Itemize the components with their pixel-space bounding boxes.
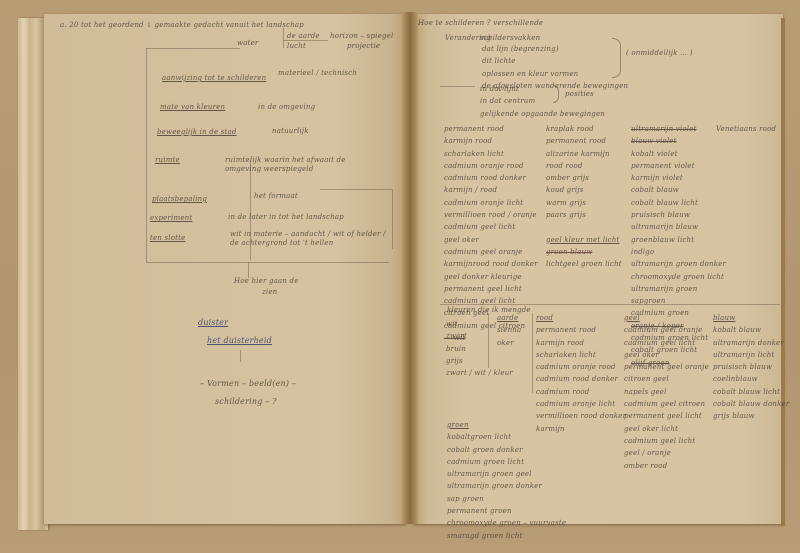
brace-note: ( onmiddellijk ... ) [626,50,693,57]
color-item: cobalt blauw licht [713,389,789,396]
color-item: cadmium geel oranje [624,327,709,334]
lower-col-4: blauw kobalt blauw ultramarijn donker ul… [713,315,789,426]
color-item: scharlaken licht [536,352,626,359]
column-heading: blauw [713,315,789,322]
column-divider [532,313,533,393]
color-item: groen blauw [546,249,622,256]
color-item: coelinblauw [713,376,789,383]
color-item: geel oker [624,352,709,359]
box-item-note: materieel / technisch [278,70,357,77]
box-left-border [146,48,147,262]
lower-col-1: aarde sienna oker [497,315,521,352]
color-item: chroomoxyde groen licht [631,274,726,281]
color-column-1: permanent rood karmijn rood scharlaken l… [444,126,538,347]
color-item: karmijn / rood [444,187,538,194]
color-item: warm grijs [546,200,622,207]
divider [283,40,328,41]
color-item: chroomoxyde groen – vuurvaste [447,520,566,527]
arrow-line [248,262,249,278]
color-item: geel / oranje [624,450,709,457]
color-item: cadmium oranje licht [536,401,626,408]
left-header-sub-horizon: horizon – spiegel [330,33,393,40]
color-item: permanent geel licht [624,413,709,420]
left-header-line: a. 20 tot het geordend ↓ gemaakte gedach… [60,22,304,29]
inner-box-top [320,189,392,190]
color-item: cadmium geel licht [444,224,538,231]
color-item: napels geel [624,389,709,396]
color-item: ultramarijn groen [631,286,726,293]
color-item: karmijn rood [444,138,538,145]
box-item-label: experiment [150,215,192,222]
color-item: scharlaken licht [444,151,538,158]
color-item: kobalt blauw [713,327,789,334]
box-bottom-border [146,262,389,263]
color-item: geel kleur met licht [546,237,622,244]
color-item: citroen geel [624,376,709,383]
color-item: omber rood [624,463,709,470]
box-item-label: beweeglijk in de stad [157,129,237,136]
color-item: permanent groen [447,508,566,515]
left-page [44,14,406,524]
color-item: permanent geel licht [444,286,538,293]
intro-line: dit lichte [482,58,628,65]
color-item: permanent rood [546,138,622,145]
column-heading: geel [624,315,709,322]
color-column-4-item: Venetiaans rood [716,126,776,133]
column-heading: aarde [497,315,521,322]
color-item: cadmium oranje rood [536,364,626,371]
color-item: kraplak rood [546,126,622,133]
color-item: omber grijs [546,175,622,182]
color-item: kobalt violet [631,151,726,158]
box-item-note: wit in materie – aandacht / wit of helde… [230,230,395,248]
left-header-sub-projectie: projectie [347,43,380,50]
color-item: groenblauw licht [631,237,726,244]
color-item: cadmium rood donker [536,376,626,383]
divider [440,86,475,87]
color-item: karmijn violet [631,175,726,182]
color-item: ultramarijn licht [713,352,789,359]
color-item: ultramarijn groen donker [631,261,726,268]
color-item: ultramarijn groen geel [447,471,566,478]
curly-brace [612,38,621,78]
left-header-sub-aarde: de aarde [287,33,320,40]
left-header-sub-water: water [237,40,258,47]
last-line: schildering – ? [215,398,277,406]
color-item: cadmium geel licht [624,340,709,347]
notebook-gutter [402,12,418,524]
color-item: kobaltgroen licht [447,434,566,441]
color-item: ultramarijn blauw [631,224,726,231]
color-item: indigo [631,249,726,256]
color-item: geel oker licht [624,426,709,433]
box-item-label: ruimte [155,157,180,164]
green-column: groen kobaltgroen licht cobalt groen don… [447,422,566,545]
color-item: koud grijs [546,187,622,194]
column-heading: rood [536,315,626,322]
section-heading: duister [198,319,228,327]
color-item: ultramarijn violet [631,126,726,133]
box-item-label: aanwijzing tot te schilderen [162,75,266,82]
box-item-label: mate van kleuren [160,104,225,111]
color-item: vermillioen rood donker [536,413,626,420]
intro-line: oplossen en kleur vormen [482,71,628,78]
below-box-text: zien [262,289,277,296]
arrow-line [240,350,241,362]
color-item: oker [497,340,521,347]
color-item: rood rood [546,163,622,170]
color-item: cadmium geel licht [624,438,709,445]
dash-line: – Vormen – beeld(en) – [200,380,296,388]
box-top-border [146,48,240,49]
box-item-note: het formaat [254,193,298,200]
color-item: permanent rood [444,126,538,133]
color-item: sap groen [447,496,566,503]
left-header-sub-lucht: lucht [287,43,306,50]
color-item: permanent violet [631,163,726,170]
box-item-note: in de omgeving [258,104,315,111]
color-item: geel oker [444,237,538,244]
color-item: paars grijs [546,212,622,219]
below-box-text: Hoe hier gaan de [234,278,299,285]
color-item: cadmium rood [536,389,626,396]
intro-heading: schildersvakken [480,35,540,42]
box-item-label: ten slotte [150,235,186,242]
box-item-label: plaatsbepaling [152,196,207,203]
color-item: cadmium oranje licht [444,200,538,207]
right-page-edge [781,18,785,526]
color-item: permanent rood [536,327,626,334]
color-item: permanent geel oranje [624,364,709,371]
color-item: cadmium geel citroen [624,401,709,408]
divider [283,28,284,48]
lower-col-2: rood permanent rood karmijn rood scharla… [536,315,626,438]
color-item: ultramarijn groen donker [447,483,566,490]
color-item: cadmium oranje rood [444,163,538,170]
color-item: geel donker kleurige [444,274,538,281]
color-item: cadmium geel oranje [444,249,538,256]
color-item: smaragd groen licht [447,533,566,540]
lower-col-3: geel cadmium geel oranje cadmium geel li… [624,315,709,475]
color-column-2: kraplak rood permanent rood alizarine ka… [546,126,622,274]
color-item: alizarine karmijn [546,151,622,158]
column-heading: groen [447,422,566,429]
color-item: cadmium groen licht [447,459,566,466]
color-item: pruisisch blauw [631,212,726,219]
color-item: grijs blauw [713,413,789,420]
color-item: lichtgeel groen licht [546,261,622,268]
color-item: cobalt blauw donker [713,401,789,408]
second-line: gelijkende opgaande bewegingen [480,111,605,118]
second-line: in dat centrum [480,98,605,105]
color-item: vermillioen rood / oranje [444,212,538,219]
lower-section-divider [440,304,780,305]
right-page-title: Hoe te schilderen ? verschillende [418,20,543,27]
color-item: grijs [446,358,513,365]
box-item-note: natuurlijk [272,128,309,135]
color-item: cobalt blauw [631,187,726,194]
section-sub: het duisterheid [207,337,272,345]
color-item: sienna [497,327,521,334]
intro-line: dat lijn (begrenzing) [482,46,628,53]
color-item: cadmium rood donker [444,175,538,182]
second-note: posities [565,91,594,98]
color-item: zwart / wit / kleur [446,370,513,377]
box-item-note: ruimtelijk waarin het afwaait de omgevin… [225,156,375,174]
color-item: blauw violet [631,138,726,145]
color-item: cobalt blauw licht [631,200,726,207]
color-item: pruisisch blauw [713,364,789,371]
color-item: karmijnrood rood donker [444,261,538,268]
box-item-note: in de later in tot het landschap [228,214,344,221]
color-item: karmijn rood [536,340,626,347]
color-item: cobalt groen donker [447,447,566,454]
color-item: ultramarijn donker [713,340,789,347]
